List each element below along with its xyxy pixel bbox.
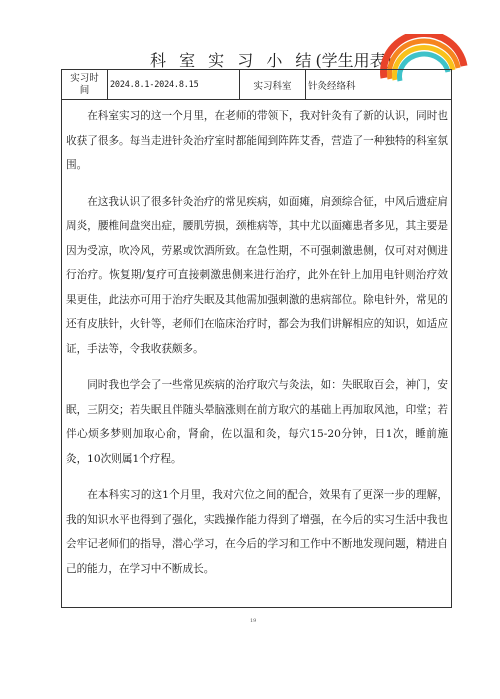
table-header-row: 实习时间 2024.8.1-2024.8.15 实习科室 针灸经络科: [62, 70, 451, 100]
paragraph: 在这我认识了很多针灸治疗的常见疾病，如面瘫，肩颈综合征，中风后遗症肩周炎，腰椎间…: [66, 190, 448, 362]
page-number: 19: [250, 618, 256, 624]
title-main: 科 室 实 习 小 结: [150, 51, 315, 70]
paragraph: 同时我也学会了一些常见疾病的治疗取穴与灸法，如：失眠取百会，神门，安眠，三阴交；…: [66, 373, 448, 471]
department-value: 针灸经络科: [306, 70, 451, 99]
period-value: 2024.8.1-2024.8.15: [108, 70, 240, 99]
summary-body: 在科室实习的这一个月里，在老师的带领下，我对针灸有了新的认识，同时也收获了很多。…: [66, 104, 448, 593]
summary-table: 实习时间 2024.8.1-2024.8.15 实习科室 针灸经络科 在科室实习…: [61, 69, 452, 608]
department-label: 实习科室: [240, 70, 306, 99]
paragraph: 在科室实习的这一个月里，在老师的带领下，我对针灸有了新的认识，同时也收获了很多。…: [66, 104, 448, 178]
period-label: 实习时间: [62, 70, 108, 99]
paragraph: 在本科实习的这1个月里，我对穴位之间的配合，效果有了更深一步的理解，我的知识水平…: [66, 483, 448, 581]
document-title: 科 室 实 习 小 结(学生用表): [150, 48, 380, 71]
